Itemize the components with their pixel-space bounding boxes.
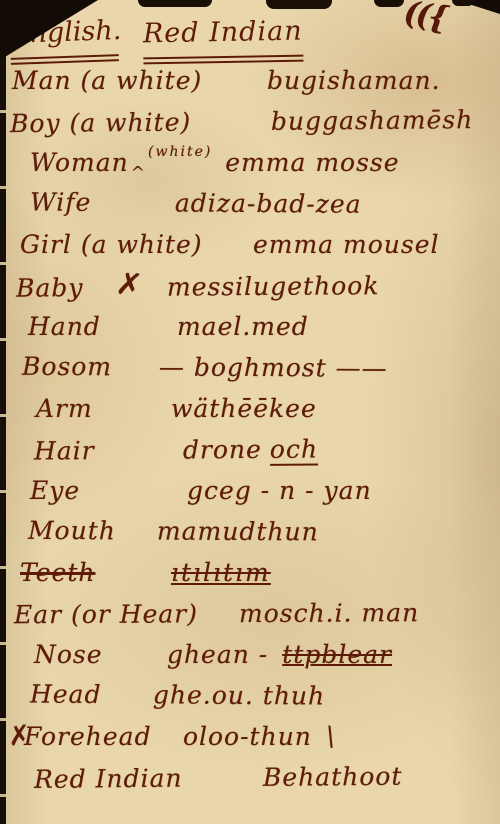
- vocab-row-ear: Ear (or Hear) mosch.i. man: [6, 592, 500, 636]
- vocab-row-baby: Baby✗ messilugethook: [6, 263, 500, 307]
- indian-term: Behathoot: [263, 756, 403, 798]
- english-term: Hand: [28, 306, 168, 347]
- corner-annotation: (({: [401, 0, 448, 37]
- manuscript-page: English. Red Indian Man (a white) bugish…: [0, 0, 500, 824]
- vocab-row-man: Man (a white) bugishaman.: [6, 60, 500, 101]
- english-term: Baby: [16, 267, 116, 309]
- english-term: Ear (or Hear): [14, 593, 230, 635]
- indian-term-struck: ıtılıtım: [171, 552, 271, 593]
- vocab-row-forehead: ✗Forehead oloo-thun\: [6, 716, 500, 757]
- indian-term: ghe.ou. thuh: [153, 674, 326, 716]
- vocab-row-red-indian: Red Indian Behathoot: [6, 755, 500, 800]
- indian-term: messilugethook: [167, 265, 380, 307]
- indian-term: mamudthun: [157, 510, 319, 552]
- vocab-row-wife: Wife adiza-bad-zea: [6, 181, 500, 225]
- vocab-row-hair: Hair droneoch: [6, 427, 500, 471]
- english-term: Eye: [30, 470, 178, 511]
- cross-mark: ✗: [113, 263, 160, 309]
- vocab-row-woman: Woman^(white) emma mosse: [6, 142, 500, 183]
- vocabulary-list: English. Red Indian Man (a white) bugish…: [6, 10, 500, 798]
- vocab-row-head: Head ghe.ou. thuh: [6, 673, 500, 717]
- torn-edge-mark: [138, 0, 212, 7]
- vocab-row-mouth: Mouth mamudthun: [6, 510, 500, 554]
- vocab-row-bosom: Bosom — boghmost ——: [6, 346, 500, 390]
- english-term: Mouth: [28, 510, 148, 552]
- crossed-out-word: ttpblear: [282, 640, 392, 669]
- english-term: Woman: [30, 142, 129, 183]
- torn-edge-mark: [266, 0, 332, 9]
- indian-term: oloo-thun: [183, 716, 312, 757]
- caret-mark: ^: [131, 163, 146, 183]
- english-term: Wife: [30, 181, 166, 223]
- indian-term-underlined: och: [270, 435, 318, 466]
- english-term: Arm: [36, 388, 162, 429]
- indian-term: mael.med: [177, 306, 309, 347]
- vocab-row-teeth-deleted: Teeth ıtılıtım: [6, 552, 500, 593]
- indian-term: wäthēēkee: [171, 388, 317, 429]
- english-term: Red Indian: [34, 757, 254, 800]
- vocab-row-nose: Nose ghean -ttpblear: [6, 634, 500, 675]
- english-term: Man (a white): [12, 60, 258, 101]
- indian-term: emma mosse: [225, 142, 399, 183]
- vocab-row-boy: Boy (a white) buggashamēsh: [6, 99, 500, 144]
- english-term: Bosom: [22, 346, 150, 388]
- indian-term: gceg - n - yan: [187, 470, 372, 511]
- english-term: Girl (a white): [20, 224, 244, 265]
- torn-edge-mark: [374, 0, 404, 7]
- indian-term: emma mousel: [253, 224, 440, 265]
- english-term: Forehead: [24, 716, 174, 757]
- slash-mark: \: [322, 716, 340, 758]
- indian-term: bugishaman.: [267, 60, 441, 101]
- vocab-row-eye: Eye gceg - n - yan: [6, 470, 500, 511]
- indian-term: buggashamēsh: [271, 99, 474, 142]
- indian-term: ghean -: [167, 634, 268, 675]
- torn-edge-mark: [452, 0, 474, 6]
- english-term-struck: Teeth: [20, 552, 148, 593]
- margin-cross-mark: ✗: [6, 715, 26, 757]
- indian-term: adiza-bad-zea: [175, 182, 362, 224]
- english-term: Nose: [34, 634, 158, 675]
- paper-left-edge: [0, 0, 6, 824]
- header-red-indian: Red Indian: [142, 9, 303, 65]
- vocab-row-girl: Girl (a white) emma mousel: [6, 224, 500, 265]
- indian-term: — boghmost ——: [159, 347, 388, 389]
- indian-term: mosch.i. man: [239, 592, 419, 634]
- english-term: Hair: [34, 430, 174, 472]
- vocab-row-arm: Arm wäthēēkee: [6, 388, 500, 429]
- english-term: Boy (a white): [10, 101, 262, 144]
- vocab-row-hand: Hand mael.med: [6, 306, 500, 347]
- indian-term: drone: [183, 429, 262, 471]
- english-term: Head: [30, 673, 144, 715]
- inserted-note: (white): [148, 144, 212, 160]
